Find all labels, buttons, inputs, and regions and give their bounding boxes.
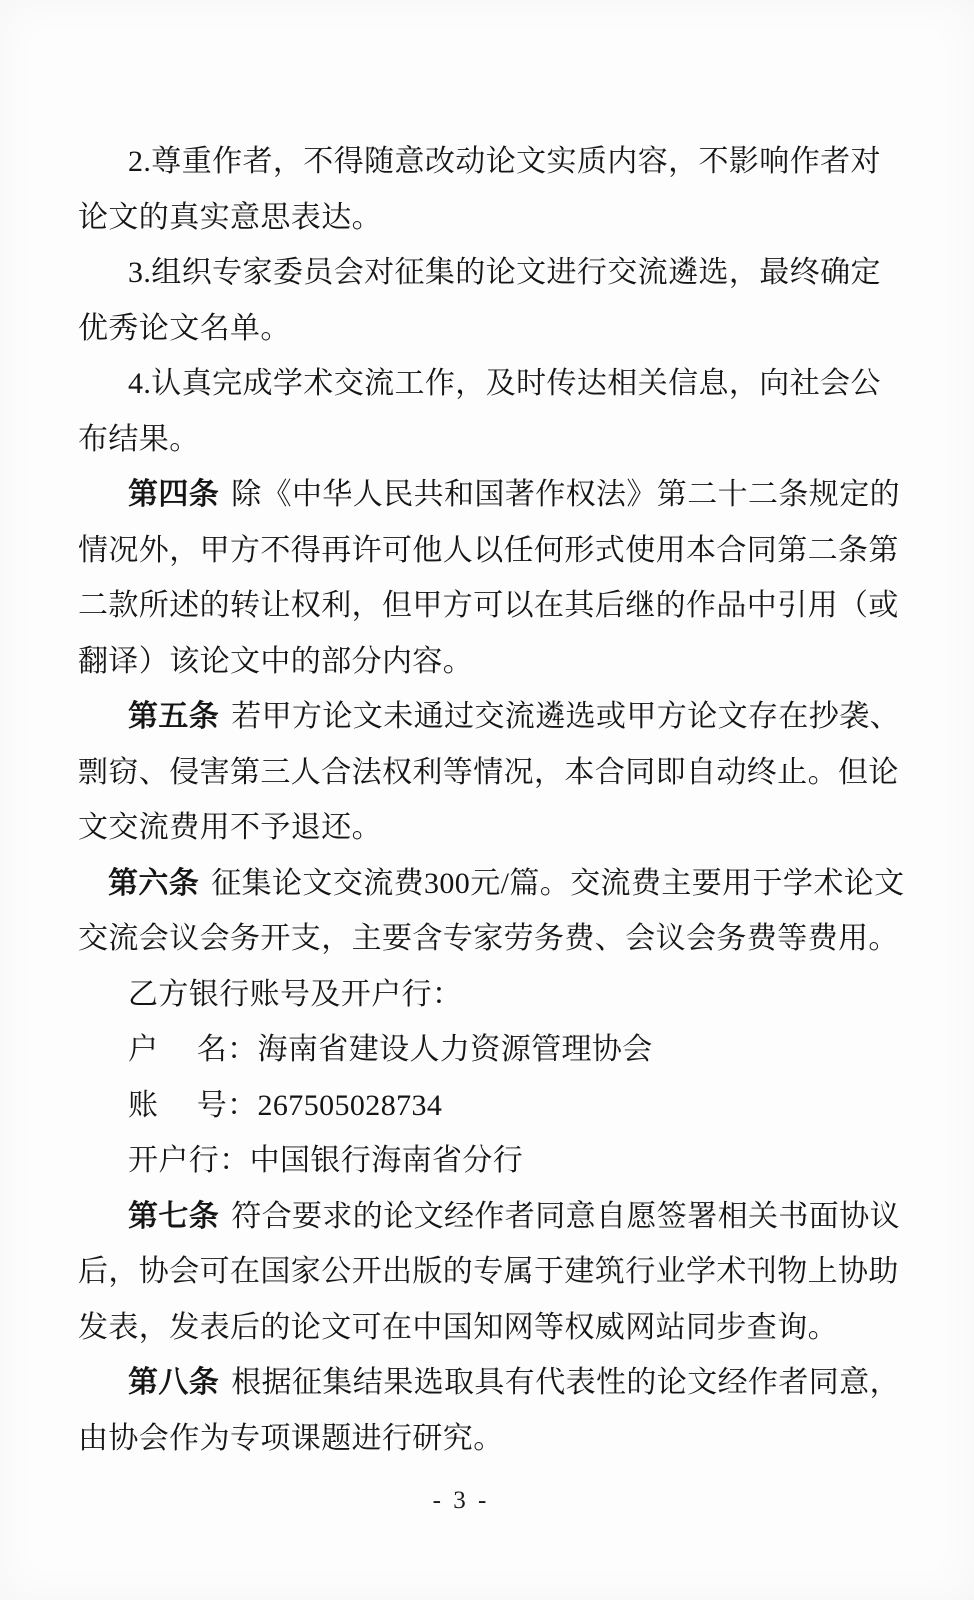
clause-6-line: 交流会议会务开支，主要含专家劳务费、会议会务费等费用。	[78, 911, 902, 967]
clause-6-heading: 第六条	[108, 867, 199, 900]
clause-4-line: 翻译）该论文中的部分内容。	[78, 634, 902, 690]
clause-8-text: 根据征集结果选取具有代表性的论文经作者同意，	[231, 1366, 900, 1399]
clause-5-text: 若甲方论文未通过交流遴选或甲方论文存在抄袭、	[231, 700, 900, 733]
clause-4-line: 第四条除《中华人民共和国著作权法》第二十二条规定的	[78, 467, 902, 523]
item-3-line: 3.组织专家委员会对征集的论文进行交流遴选，最终确定	[78, 245, 902, 301]
clause-4-line: 二款所述的转让权利，但甲方可以在其后继的作品中引用（或	[78, 578, 902, 634]
item-4-line: 4.认真完成学术交流工作，及时传达相关信息，向社会公	[78, 356, 902, 412]
account-number-line: 账 号：267505028734	[78, 1078, 902, 1134]
clause-7-line: 后，协会可在国家公开出版的专属于建筑行业学术刊物上协助	[78, 1244, 902, 1300]
clause-5-heading: 第五条	[128, 700, 219, 733]
bank-info-intro-line: 乙方银行账号及开户行：	[78, 967, 902, 1023]
item-2-line: 论文的真实意思表达。	[78, 190, 902, 246]
clause-7-line: 第七条符合要求的论文经作者同意自愿签署相关书面协议	[78, 1189, 902, 1245]
clause-5-line: 第五条若甲方论文未通过交流遴选或甲方论文存在抄袭、	[78, 689, 902, 745]
clause-4-heading: 第四条	[128, 478, 219, 511]
clause-4-text: 除《中华人民共和国著作权法》第二十二条规定的	[231, 478, 900, 511]
item-2-line: 2.尊重作者，不得随意改动论文实质内容，不影响作者对	[78, 134, 902, 190]
clause-7-text: 符合要求的论文经作者同意自愿签署相关书面协议	[231, 1200, 900, 1233]
clause-8-heading: 第八条	[128, 1366, 219, 1399]
account-name-line: 户 名：海南省建设人力资源管理协会	[78, 1022, 902, 1078]
clause-7-heading: 第七条	[128, 1200, 219, 1233]
clause-5-line: 文交流费用不予退还。	[78, 800, 902, 856]
clause-7-line: 发表，发表后的论文可在中国知网等权威网站同步查询。	[78, 1300, 902, 1356]
clause-6-line: 第六条征集论文交流费300元/篇。交流费主要用于学术论文	[78, 856, 902, 912]
contract-text-block: 2.尊重作者，不得随意改动论文实质内容，不影响作者对 论文的真实意思表达。 3.…	[78, 134, 902, 1466]
clause-5-line: 剽窃、侵害第三人合法权利等情况，本合同即自动终止。但论	[78, 745, 902, 801]
item-4-line: 布结果。	[78, 412, 902, 468]
clause-8-line: 由协会作为专项课题进行研究。	[78, 1411, 902, 1467]
page-number: - 3 -	[0, 1487, 922, 1515]
item-3-line: 优秀论文名单。	[78, 301, 902, 357]
clause-8-line: 第八条根据征集结果选取具有代表性的论文经作者同意，	[78, 1355, 902, 1411]
clause-6-text: 征集论文交流费300元/篇。交流费主要用于学术论文	[211, 867, 904, 900]
document-page: 2.尊重作者，不得随意改动论文实质内容，不影响作者对 论文的真实意思表达。 3.…	[0, 0, 974, 1600]
bank-branch-line: 开户行：中国银行海南省分行	[78, 1133, 902, 1189]
clause-4-line: 情况外，甲方不得再许可他人以任何形式使用本合同第二条第	[78, 523, 902, 579]
